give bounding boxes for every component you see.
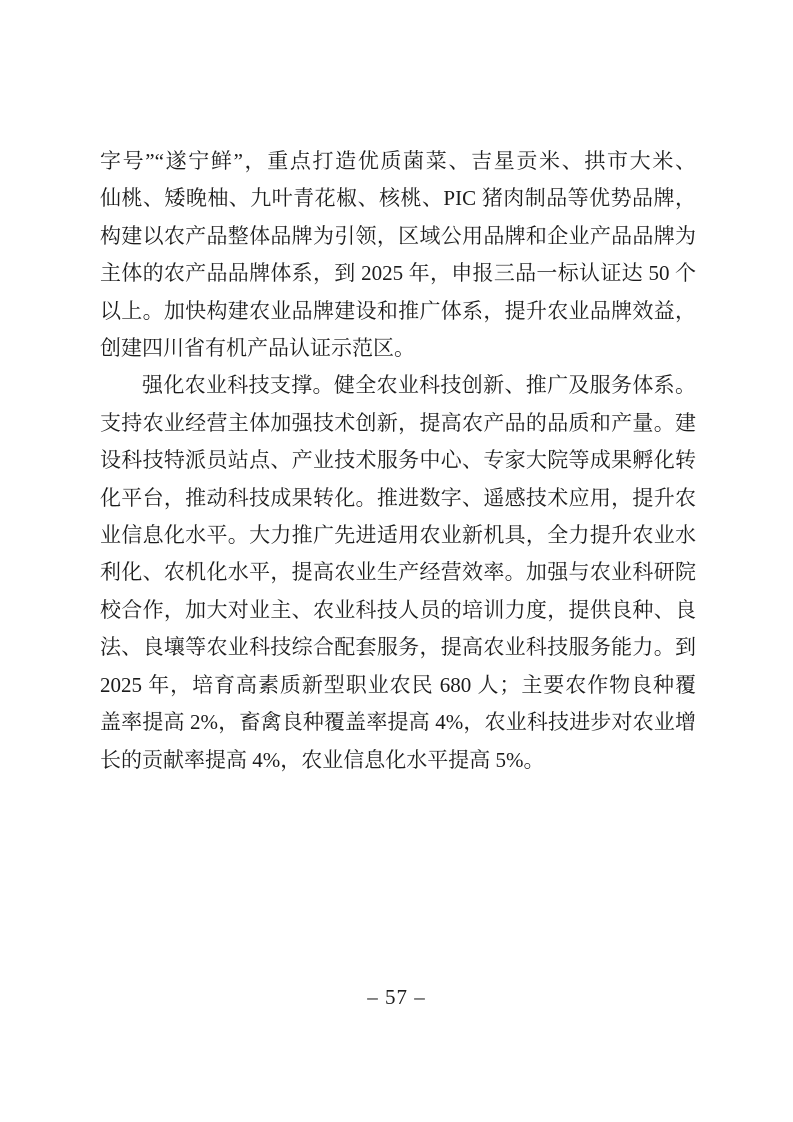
text-line: 字号”“遂宁鲜”，重点打造优质菌菜、吉星贡米、拱市大米、: [100, 143, 696, 180]
text-line: 强化农业科技支撑。健全农业科技创新、推广及服务体系。: [100, 367, 696, 404]
text-line: 2025 年，培育高素质新型职业农民 680 人；主要农作物良种覆: [100, 667, 696, 704]
text-block: 字号”“遂宁鲜”，重点打造优质菌菜、吉星贡米、拱市大米、 仙桃、矮晚柚、九叶青花…: [100, 143, 696, 779]
paragraph-1: 字号”“遂宁鲜”，重点打造优质菌菜、吉星贡米、拱市大米、 仙桃、矮晚柚、九叶青花…: [100, 143, 696, 367]
text-line: 仙桃、矮晚柚、九叶青花椒、核桃、PIC 猪肉制品等优势品牌，: [100, 180, 696, 217]
paragraph-2: 强化农业科技支撑。健全农业科技创新、推广及服务体系。 支持农业经营主体加强技术创…: [100, 367, 696, 778]
text-line: 支持农业经营主体加强技术创新，提高农产品的品质和产量。建: [100, 405, 696, 442]
text-line: 业信息化水平。大力推广先进适用农业新机具，全力提升农业水: [100, 517, 696, 554]
text-line: 盖率提高 2%，畜禽良种覆盖率提高 4%，农业科技进步对农业增: [100, 704, 696, 741]
text-line: 构建以农产品整体品牌为引领，区域公用品牌和企业产品品牌为: [100, 218, 696, 255]
page-number: – 57 –: [0, 984, 793, 1010]
text-line: 化平台，推动科技成果转化。推进数字、遥感技术应用，提升农: [100, 480, 696, 517]
text-line: 创建四川省有机产品认证示范区。: [100, 330, 696, 367]
text-line: 设科技特派员站点、产业技术服务中心、专家大院等成果孵化转: [100, 442, 696, 479]
text-line: 以上。加快构建农业品牌建设和推广体系，提升农业品牌效益，: [100, 293, 696, 330]
text-line: 法、良壤等农业科技综合配套服务，提高农业科技服务能力。到: [100, 629, 696, 666]
text-line: 主体的农产品品牌体系，到 2025 年，申报三品一标认证达 50 个: [100, 255, 696, 292]
text-line: 校合作，加大对业主、农业科技人员的培训力度，提供良种、良: [100, 592, 696, 629]
text-line: 长的贡献率提高 4%，农业信息化水平提高 5%。: [100, 742, 696, 779]
text-line: 利化、农机化水平，提高农业生产经营效率。加强与农业科研院: [100, 554, 696, 591]
